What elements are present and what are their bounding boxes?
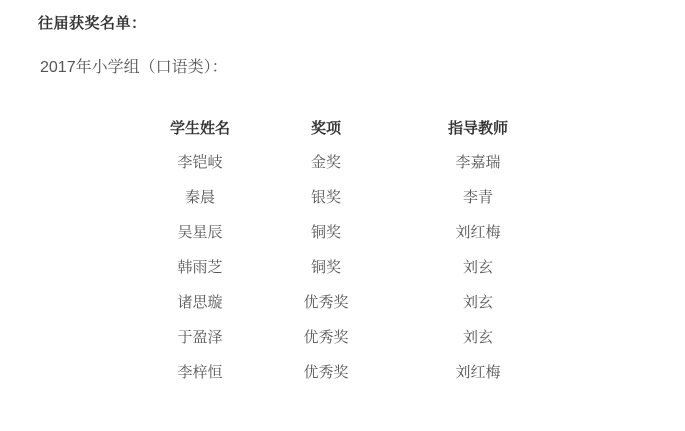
award-cell: 优秀奖 <box>270 284 382 319</box>
teacher-cell: 刘玄 <box>382 284 574 319</box>
student-name-cell: 李梓恒 <box>130 354 270 389</box>
table-row: 秦晨 银奖 李青 <box>130 179 574 214</box>
awards-table: 学生姓名 奖项 指导教师 李铠岐 金奖 李嘉瑞 秦晨 银奖 李青 吴星辰 铜奖 … <box>130 110 574 389</box>
table-row: 韩雨芝 铜奖 刘玄 <box>130 249 574 284</box>
table-row: 李梓恒 优秀奖 刘红梅 <box>130 354 574 389</box>
student-name-cell: 秦晨 <box>130 179 270 214</box>
award-cell: 金奖 <box>270 144 382 179</box>
teacher-cell: 刘红梅 <box>382 214 574 249</box>
table-row: 于盈泽 优秀奖 刘玄 <box>130 319 574 354</box>
teacher-cell: 李嘉瑞 <box>382 144 574 179</box>
group-subtitle: 2017年小学组（口语类）： <box>40 54 228 77</box>
student-name-cell: 李铠岐 <box>130 144 270 179</box>
award-cell: 优秀奖 <box>270 354 382 389</box>
student-name-cell: 吴星辰 <box>130 214 270 249</box>
teacher-cell: 刘红梅 <box>382 354 574 389</box>
teacher-cell: 刘玄 <box>382 249 574 284</box>
award-cell: 铜奖 <box>270 214 382 249</box>
table-row: 吴星辰 铜奖 刘红梅 <box>130 214 574 249</box>
table-row: 诸思璇 优秀奖 刘玄 <box>130 284 574 319</box>
column-header-award: 奖项 <box>270 110 382 144</box>
table-row: 李铠岐 金奖 李嘉瑞 <box>130 144 574 179</box>
table-header-row: 学生姓名 奖项 指导教师 <box>130 110 574 144</box>
student-name-cell: 诸思璇 <box>130 284 270 319</box>
award-cell: 优秀奖 <box>270 319 382 354</box>
teacher-cell: 李青 <box>382 179 574 214</box>
student-name-cell: 于盈泽 <box>130 319 270 354</box>
student-name-cell: 韩雨芝 <box>130 249 270 284</box>
column-header-teacher: 指导教师 <box>382 110 574 144</box>
page-title: 往届获奖名单： <box>38 12 147 33</box>
column-header-student-name: 学生姓名 <box>130 110 270 144</box>
award-cell: 铜奖 <box>270 249 382 284</box>
teacher-cell: 刘玄 <box>382 319 574 354</box>
award-cell: 银奖 <box>270 179 382 214</box>
